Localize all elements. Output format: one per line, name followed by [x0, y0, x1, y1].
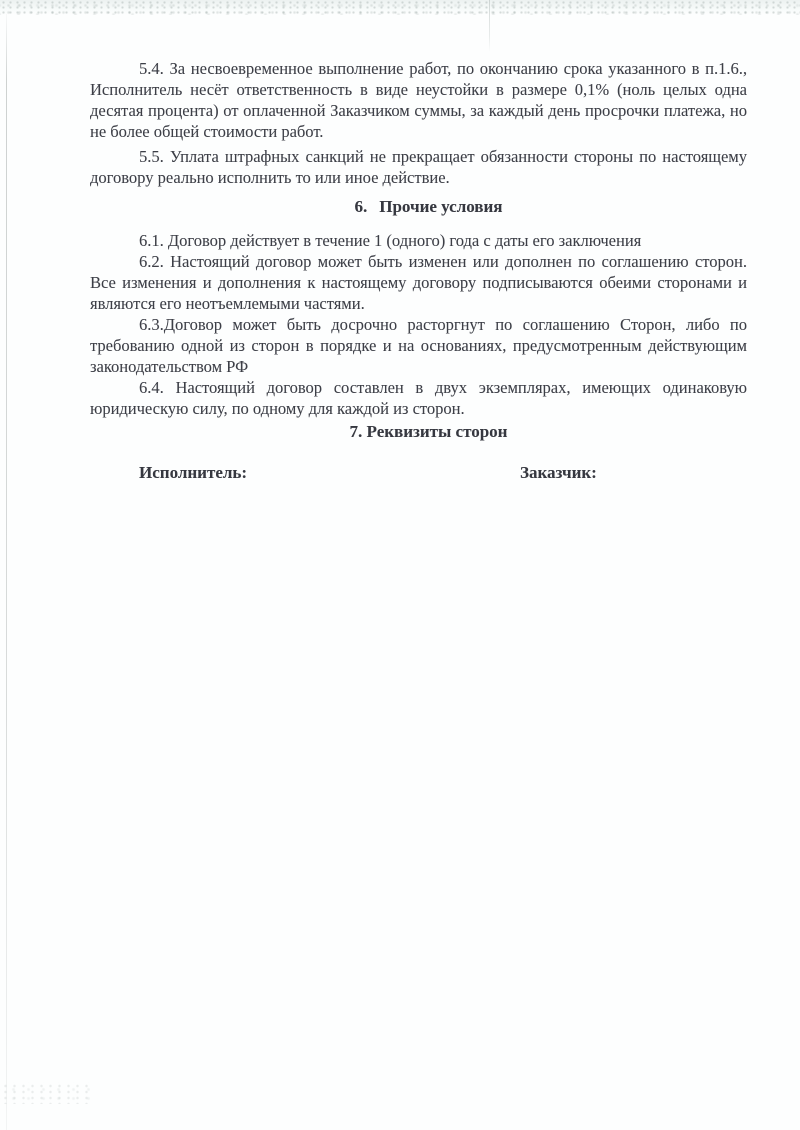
clause-5-5: 5.5. Уплата штрафных санкций не прекраща… [90, 147, 747, 189]
document-body: 5.4. За несвоевременное выполнение работ… [90, 59, 747, 485]
clause-6-2: 6.2. Настоящий договор может быть измене… [90, 252, 747, 315]
section-6-heading: 6.Прочие условия [100, 196, 757, 218]
scan-artifact-left-edge-line [6, 14, 7, 1130]
executor-label: Исполнитель: [139, 463, 247, 484]
clause-5-4: 5.4. За несвоевременное выполнение работ… [90, 59, 747, 143]
requisites-row: Исполнитель: Заказчик: [90, 463, 747, 485]
customer-label: Заказчик: [520, 463, 597, 484]
scan-artifact-crease [489, 0, 490, 52]
clause-6-3: 6.3.Договор может быть досрочно расторгн… [90, 315, 747, 378]
section-7-heading: 7. Реквизиты сторон [100, 421, 757, 443]
section-6-title: Прочие условия [379, 197, 502, 216]
scanned-contract-page: 5.4. За несвоевременное выполнение работ… [0, 0, 800, 1130]
clause-6-1: 6.1. Договор действует в течение 1 (одно… [90, 231, 747, 252]
clause-6-4: 6.4. Настоящий договор составлен в двух … [90, 378, 747, 420]
scan-artifact-bottom-left-speckle [0, 1082, 90, 1104]
section-6-number: 6. [355, 197, 368, 216]
scan-artifact-top-band [0, 0, 800, 15]
